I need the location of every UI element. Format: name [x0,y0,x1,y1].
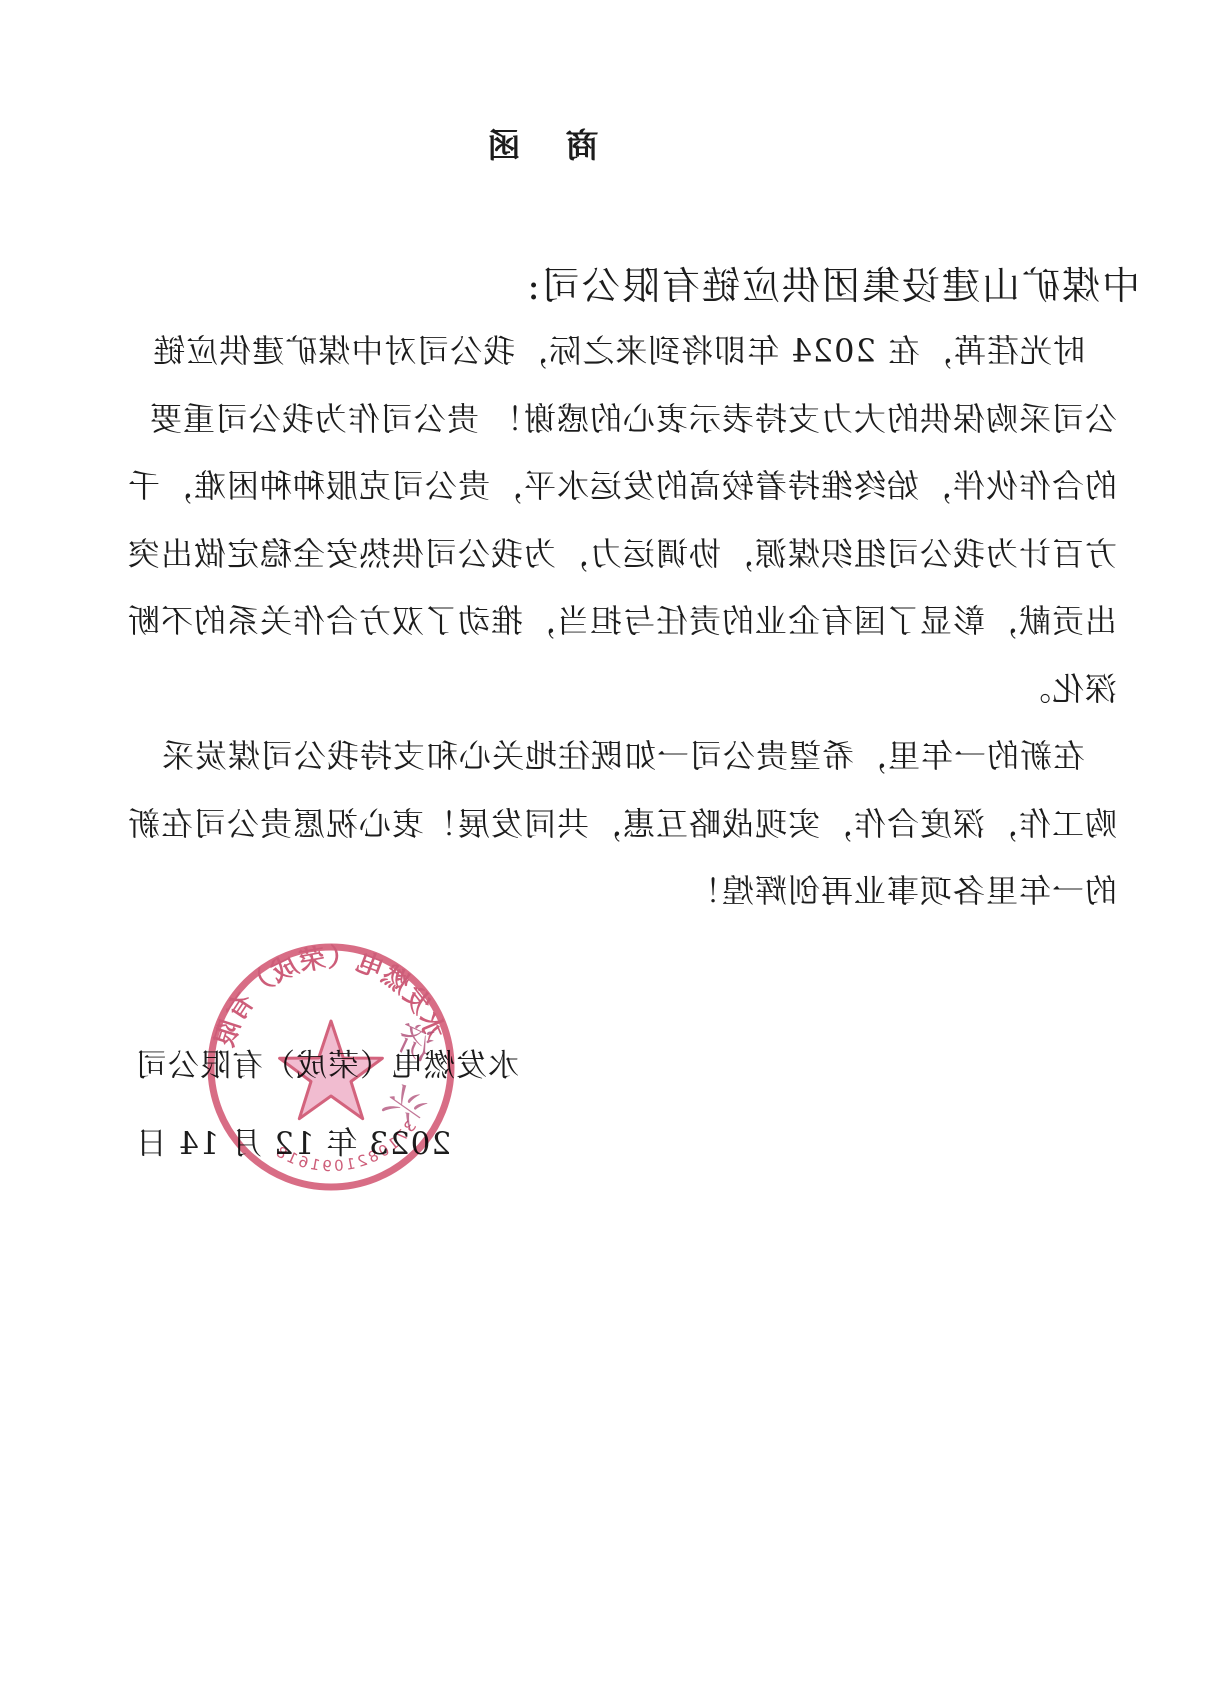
body-line: 公司采购保供的大力支持表示衷心的感谢！ 贵公司作为我公司重要 [87,386,1117,454]
body-line: 方百计为我公司组织煤源，协调运力，为我公司供热安全稳定做出突 [87,521,1117,589]
recipient-salutation: 中煤矿山建设集团供应链有限公司: [525,255,1140,310]
star-icon [280,1021,383,1119]
body-line: 时光荏苒，在 2024 年即将到来之际，我公司对中煤矿建供应链 [87,318,1117,386]
body-line: 的一年里各项事业再创辉煌！ [87,858,1117,926]
body-line: 的合作伙伴，始终维持着较高的发运水平，贵公司克服种种困难，千 [87,453,1117,521]
company-seal-stamp: 水发燃电（荣成）有限公司 3710821091618 济 兴 [191,927,471,1207]
body-line: 深化。 [87,656,1117,724]
letter-title: 商 函 [482,120,599,167]
body-line: 出贡献，彰显了国有企业的责任与担当，推动了双方合作关系的不断 [87,588,1117,656]
body-line: 购工作，深度合作，实现战略互惠，共同发展！衷心祝愿贵公司在新 [87,791,1117,859]
stamp-overprint-glyph: 兴 [375,1077,435,1138]
scanned-letter-page: 商 函 中煤矿山建设集团供应链有限公司: 时光荏苒，在 2024 年即将到来之际… [0,0,1212,1696]
letter-body: 时光荏苒，在 2024 年即将到来之际，我公司对中煤矿建供应链 公司采购保供的大… [87,318,1117,926]
body-line: 在新的一年里，希望贵公司一如既往地关心和支持我公司煤炭采 [87,723,1117,791]
